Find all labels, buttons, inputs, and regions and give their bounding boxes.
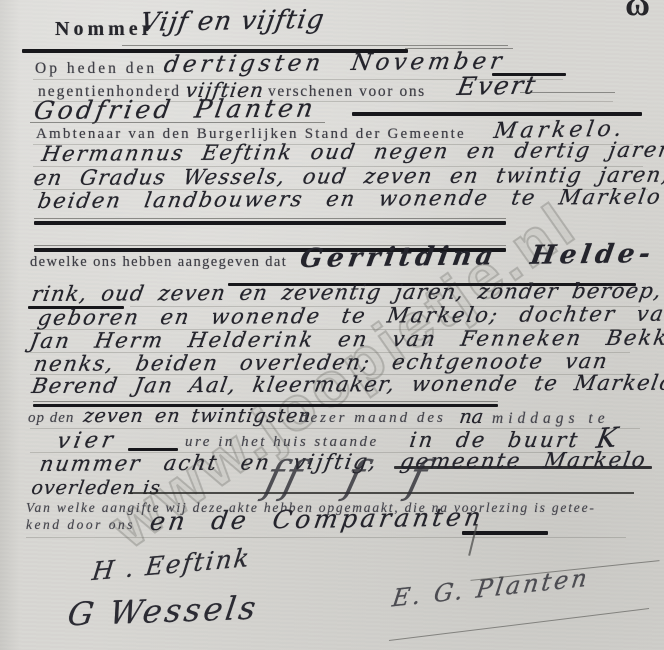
- written-witness1: Hermannus Eeftink oud negen en dertig ja…: [40, 138, 664, 166]
- nommer-value: Vijf en vijftig: [138, 5, 327, 38]
- written-death-hour: vier: [55, 428, 119, 454]
- signature-witness2: G Wessels: [65, 589, 261, 634]
- written-na: na: [458, 406, 485, 428]
- pen-flourish-marks: ff f f: [260, 452, 434, 503]
- form-text-opden: op den: [28, 410, 74, 427]
- written-deceased-name: Gerritdina Helde-: [298, 239, 657, 274]
- written-death-day: zeven en twintigsten: [82, 405, 313, 427]
- signature-flourish-line: [389, 608, 649, 641]
- form-text-dewelke: dewelke ons hebben aangegeven dat: [30, 254, 287, 271]
- death-certificate-scan: www.joopietje.nl ω Nommer Vijf en vijfti…: [0, 0, 664, 650]
- written-registrar-lastname: Godfried Planten: [32, 93, 319, 125]
- written-witness3: beiden landbouwers en wonende te Markelo: [36, 185, 664, 213]
- written-spouse: Berend Jan Aal, kleermaker, wonende te M…: [30, 371, 664, 398]
- form-text-opheden: Op heden den: [35, 60, 157, 78]
- written-registrar-firstname: Evert: [455, 71, 540, 101]
- form-text-dezermaand: dezer maand des: [300, 410, 446, 427]
- form-text-ure: ure in het huis staande: [185, 434, 379, 451]
- form-text-kend: kend door ons: [26, 517, 135, 533]
- form-text-overleden: overleden is: [30, 477, 162, 499]
- ruled-line: [34, 218, 506, 219]
- written-date: dertigsten November: [162, 48, 507, 78]
- written-comparanten: en de Comparanten: [148, 502, 486, 536]
- signature-witness1: H . Eeftink: [90, 543, 252, 586]
- ruled-line: [26, 537, 626, 538]
- pen-flourish: [520, 92, 615, 93]
- ruled-line: [33, 401, 498, 402]
- ruled-line: [122, 45, 508, 46]
- page-corner-mark: ω: [625, 0, 650, 24]
- ruled-line: [30, 122, 325, 123]
- heavy-rule: [34, 221, 506, 225]
- heavy-rule: [352, 112, 642, 116]
- form-text-middags: middags te: [492, 410, 610, 428]
